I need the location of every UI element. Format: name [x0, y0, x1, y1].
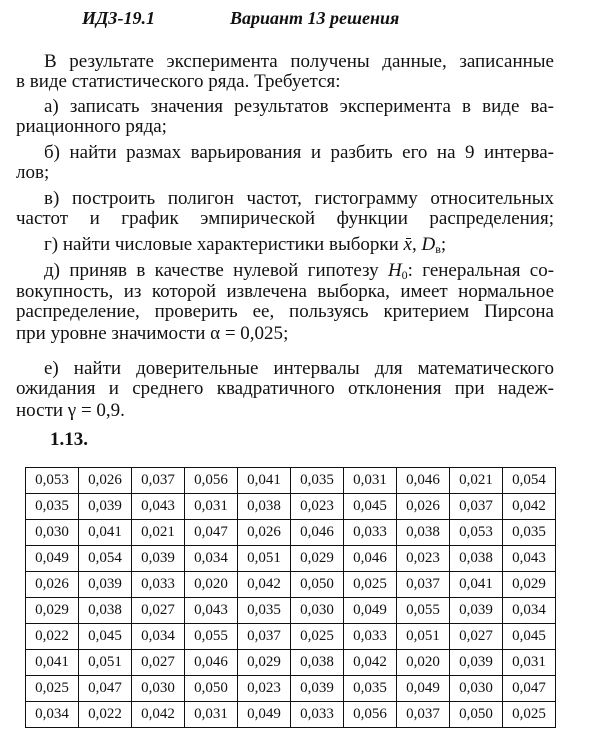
table-cell: 0,030 [450, 676, 503, 702]
table-cell: 0,039 [132, 546, 185, 572]
confidence-level: γ = 0,9 [68, 400, 120, 421]
table-cell: 0,056 [185, 468, 238, 494]
table-cell: 0,023 [291, 494, 344, 520]
table-cell: 0,047 [185, 520, 238, 546]
table-cell: 0,050 [185, 676, 238, 702]
table-cell: 0,038 [450, 546, 503, 572]
task-v-line-2: частот и график эмпирической функции рас… [16, 209, 554, 229]
table-cell: 0,022 [26, 624, 79, 650]
table-cell: 0,049 [238, 702, 291, 728]
table-cell: 0,034 [26, 702, 79, 728]
table-cell: 0,039 [79, 494, 132, 520]
table-cell: 0,041 [26, 650, 79, 676]
table-cell: 0,053 [450, 520, 503, 546]
table-cell: 0,027 [132, 598, 185, 624]
task-g-text: г) найти числовые характеристики выборки [44, 234, 399, 255]
task-a-line-1: а) записать значения результатов экспери… [44, 97, 554, 117]
table-cell: 0,029 [291, 546, 344, 572]
table-cell: 0,026 [79, 468, 132, 494]
task-d-line-4: при уровне значимости α = 0,025; [16, 324, 554, 344]
table-cell: 0,029 [503, 572, 556, 598]
significance-level: α = 0,025 [210, 323, 283, 344]
table-cell: 0,020 [185, 572, 238, 598]
table-cell: 0,041 [238, 468, 291, 494]
table-cell: 0,025 [344, 572, 397, 598]
table-cell: 0,034 [185, 546, 238, 572]
task-v-line-1: в) построить полигон частот, гистограмму… [44, 189, 554, 209]
task-b-line-2: лов; [16, 163, 554, 183]
table-cell: 0,020 [397, 650, 450, 676]
task-d-line-2: вокупность, из которой извлечена выборка… [16, 282, 554, 302]
table-cell: 0,053 [26, 468, 79, 494]
statistical-series-table: 0,0530,0260,0370,0560,0410,0350,0310,046… [25, 467, 556, 728]
table-row: 0,0490,0540,0390,0340,0510,0290,0460,023… [26, 546, 556, 572]
table-cell: 0,051 [238, 546, 291, 572]
intro-line-2: в виде статистического ряда. Требуется: [16, 72, 554, 92]
table-cell: 0,037 [450, 494, 503, 520]
table-cell: 0,043 [132, 494, 185, 520]
table-row: 0,0340,0220,0420,0310,0490,0330,0560,037… [26, 702, 556, 728]
problem-number: 1.13. [50, 429, 88, 451]
table-row: 0,0260,0390,0330,0200,0420,0500,0250,037… [26, 572, 556, 598]
table-cell: 0,026 [397, 494, 450, 520]
table-cell: 0,038 [291, 650, 344, 676]
table-cell: 0,047 [503, 676, 556, 702]
table-cell: 0,050 [450, 702, 503, 728]
table-cell: 0,046 [397, 468, 450, 494]
table-cell: 0,039 [79, 572, 132, 598]
table-cell: 0,045 [344, 494, 397, 520]
table-cell: 0,037 [238, 624, 291, 650]
table-cell: 0,035 [291, 468, 344, 494]
table-cell: 0,026 [26, 572, 79, 598]
table-cell: 0,030 [291, 598, 344, 624]
table-row: 0,0220,0450,0340,0550,0370,0250,0330,051… [26, 624, 556, 650]
task-e-line-2: ожидания и среднего квадратичного отклон… [16, 379, 554, 399]
table-cell: 0,046 [344, 546, 397, 572]
table-cell: 0,031 [503, 650, 556, 676]
task-e-line-3-text: ности [16, 400, 63, 421]
table-cell: 0,054 [79, 546, 132, 572]
table-cell: 0,033 [291, 702, 344, 728]
table-row: 0,0410,0510,0270,0460,0290,0380,0420,020… [26, 650, 556, 676]
variant-title: Вариант 13 решения [230, 8, 399, 29]
table-cell: 0,034 [503, 598, 556, 624]
table-cell: 0,038 [238, 494, 291, 520]
table-cell: 0,047 [79, 676, 132, 702]
table-cell: 0,049 [344, 598, 397, 624]
task-b-line-1: б) найти размах варьирования и разбить е… [44, 143, 554, 163]
table-cell: 0,023 [238, 676, 291, 702]
table-cell: 0,021 [132, 520, 185, 546]
table-cell: 0,027 [132, 650, 185, 676]
table-cell: 0,031 [185, 702, 238, 728]
table-row: 0,0530,0260,0370,0560,0410,0350,0310,046… [26, 468, 556, 494]
table-cell: 0,042 [132, 702, 185, 728]
table-cell: 0,042 [503, 494, 556, 520]
table-cell: 0,035 [238, 598, 291, 624]
task-e-line-3: ности γ = 0,9. [16, 401, 554, 421]
table-cell: 0,031 [185, 494, 238, 520]
table-cell: 0,045 [503, 624, 556, 650]
table-cell: 0,046 [185, 650, 238, 676]
table-cell: 0,043 [503, 546, 556, 572]
table-cell: 0,046 [291, 520, 344, 546]
table-cell: 0,025 [503, 702, 556, 728]
table-cell: 0,033 [344, 624, 397, 650]
table-cell: 0,030 [132, 676, 185, 702]
table-cell: 0,041 [79, 520, 132, 546]
table-cell: 0,037 [397, 702, 450, 728]
table-cell: 0,026 [238, 520, 291, 546]
table-cell: 0,038 [79, 598, 132, 624]
table-row: 0,0290,0380,0270,0430,0350,0300,0490,055… [26, 598, 556, 624]
table-cell: 0,035 [344, 676, 397, 702]
table-cell: 0,037 [132, 468, 185, 494]
end-punct: ; [283, 323, 288, 344]
table-cell: 0,054 [503, 468, 556, 494]
table-cell: 0,039 [450, 650, 503, 676]
task-d-text: д) приняв в качестве нулевой гипотезу [44, 260, 379, 281]
table-cell: 0,034 [132, 624, 185, 650]
table-cell: 0,029 [26, 598, 79, 624]
table-cell: 0,021 [450, 468, 503, 494]
table-cell: 0,039 [450, 598, 503, 624]
task-e-line-1: е) найти доверительные интервалы для мат… [44, 359, 554, 379]
task-g: г) найти числовые характеристики выборки… [44, 235, 554, 255]
task-a-line-2: риационного ряда; [16, 117, 554, 137]
table-cell: 0,051 [397, 624, 450, 650]
table-cell: 0,025 [26, 676, 79, 702]
table-cell: 0,043 [185, 598, 238, 624]
table-cell: 0,042 [344, 650, 397, 676]
table-cell: 0,041 [450, 572, 503, 598]
hypothesis-symbol: H [388, 260, 402, 281]
table-cell: 0,022 [79, 702, 132, 728]
task-d-line-4-text: при уровне значимости [16, 323, 205, 344]
table-cell: 0,033 [132, 572, 185, 598]
table-cell: 0,042 [238, 572, 291, 598]
table-cell: 0,050 [291, 572, 344, 598]
table-cell: 0,049 [26, 546, 79, 572]
task-d-line-3: распределение, проверить ее, пользуясь к… [16, 302, 554, 322]
end-punct: . [120, 400, 125, 421]
table-cell: 0,035 [26, 494, 79, 520]
table-cell: 0,027 [450, 624, 503, 650]
table-cell: 0,030 [26, 520, 79, 546]
table-cell: 0,051 [79, 650, 132, 676]
end-punct: ; [441, 234, 446, 255]
table-cell: 0,049 [397, 676, 450, 702]
task-d-text-post: : генеральная со- [408, 260, 554, 281]
sample-mean-symbol: x [404, 235, 412, 255]
table-cell: 0,037 [397, 572, 450, 598]
table-cell: 0,029 [238, 650, 291, 676]
table-cell: 0,035 [503, 520, 556, 546]
table-cell: 0,055 [185, 624, 238, 650]
table-cell: 0,033 [344, 520, 397, 546]
sample-variance-symbol: D [421, 234, 435, 255]
table-cell: 0,023 [397, 546, 450, 572]
table-cell: 0,038 [397, 520, 450, 546]
table-row: 0,0250,0470,0300,0500,0230,0390,0350,049… [26, 676, 556, 702]
table-cell: 0,039 [291, 676, 344, 702]
table-cell: 0,025 [291, 624, 344, 650]
table-cell: 0,031 [344, 468, 397, 494]
task-d-line-1: д) приняв в качестве нулевой гипотезу H0… [44, 261, 554, 281]
table-row: 0,0350,0390,0430,0310,0380,0230,0450,026… [26, 494, 556, 520]
intro-line-1: В результате эксперимента получены данны… [44, 52, 554, 72]
table-cell: 0,056 [344, 702, 397, 728]
table-cell: 0,055 [397, 598, 450, 624]
assignment-code: ИДЗ-19.1 [82, 8, 155, 29]
table-row: 0,0300,0410,0210,0470,0260,0460,0330,038… [26, 520, 556, 546]
table-cell: 0,045 [79, 624, 132, 650]
